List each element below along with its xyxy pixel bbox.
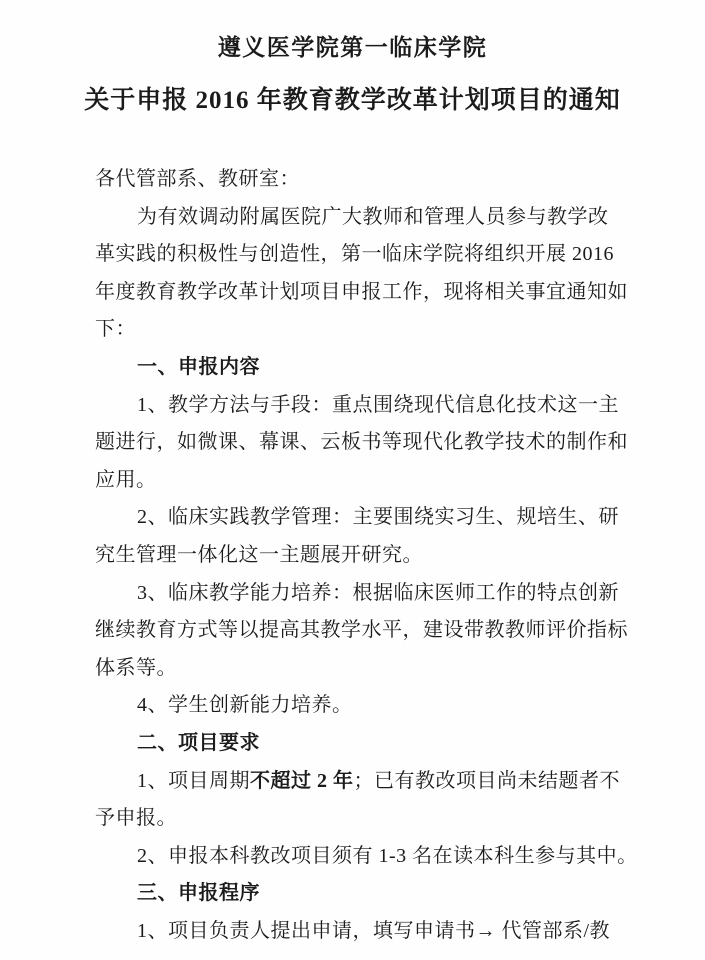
doc-text-segment: 2、申报本科教改项目须有 1-3 名在读本科生参与其中。 [137,845,638,867]
doc-text-segment: 1、项目周期 [137,770,250,792]
doc-line: 体系等。 [95,650,610,688]
doc-text-segment: 4、学生创新能力培养。 [137,694,353,716]
doc-text-segment: 体系等。 [95,657,177,679]
doc-text-segment: 各代管部系、教研室： [95,168,300,190]
doc-line: 究生管理一体化这一主题展开研究。 [95,537,610,575]
doc-line: 各代管部系、教研室： [95,161,610,199]
doc-text-segment: 予申报。 [95,807,177,829]
doc-line: 题进行，如微课、幕课、云板书等现代化教学技术的制作和 [95,424,610,462]
doc-text-segment: 继续教育方式等以提高其教学水平，建设带教教师评价指标 [95,619,628,641]
doc-text-segment: 不超过 2 年 [250,770,354,792]
doc-line: 1、教学方法与手段：重点围绕现代信息化技术这一主 [95,387,610,425]
doc-text-segment: 代管部系/教 [496,920,610,942]
doc-line: 三、申报程序 [95,875,610,913]
doc-line: 下： [95,311,610,349]
doc-line: 一、申报内容 [95,349,610,387]
doc-text-segment: 2、临床实践教学管理：主要围绕实习生、规培生、研 [137,506,619,528]
doc-text-segment: 二、项目要求 [137,732,260,754]
doc-text-segment: 三、申报程序 [137,882,260,904]
doc-line: 予申报。 [95,800,610,838]
doc-line: 3、临床教学能力培养：根据临床医师工作的特点创新 [95,575,610,613]
doc-text-segment: 下： [95,318,136,340]
doc-text-segment: 3、临床教学能力培养：根据临床医师工作的特点创新 [137,582,619,604]
doc-body: 各代管部系、教研室：为有效调动附属医院广大教师和管理人员参与教学改革实践的积极性… [95,161,610,950]
doc-line: 为有效调动附属医院广大教师和管理人员参与教学改 [95,199,610,237]
arrow-glyph: → [476,920,497,942]
doc-line: 2、申报本科教改项目须有 1-3 名在读本科生参与其中。 [95,838,610,876]
doc-text-segment: 应用。 [95,469,157,491]
doc-text-segment: 究生管理一体化这一主题展开研究。 [95,544,423,566]
doc-line: 1、项目负责人提出申请，填写申请书→ 代管部系/教 [95,913,610,951]
doc-line: 革实践的积极性与创造性，第一临床学院将组织开展 2016 [95,236,610,274]
doc-line: 年度教育教学改革计划项目申报工作，现将相关事宜通知如 [95,274,610,312]
doc-title-line2: 关于申报 2016 年教育教学改革计划项目的通知 [0,86,705,116]
doc-line: 继续教育方式等以提高其教学水平，建设带教教师评价指标 [95,612,610,650]
doc-title-line1: 遵义医学院第一临床学院 [0,34,705,62]
doc-text-segment: 1、教学方法与手段：重点围绕现代信息化技术这一主 [137,394,619,416]
doc-line: 二、项目要求 [95,725,610,763]
doc-text-segment: 年度教育教学改革计划项目申报工作，现将相关事宜通知如 [95,281,628,303]
doc-line: 1、项目周期不超过 2 年；已有教改项目尚未结题者不 [95,763,610,801]
doc-text-segment: 为有效调动附属医院广大教师和管理人员参与教学改 [137,206,609,228]
doc-line: 2、临床实践教学管理：主要围绕实习生、规培生、研 [95,499,610,537]
doc-line: 4、学生创新能力培养。 [95,687,610,725]
doc-text-segment: 革实践的积极性与创造性，第一临床学院将组织开展 2016 [95,243,614,265]
document-page: 遵义医学院第一临床学院 关于申报 2016 年教育教学改革计划项目的通知 各代管… [0,0,705,960]
doc-text-segment: ；已有教改项目尚未结题者不 [354,770,621,792]
doc-text-segment: 1、项目负责人提出申请，填写申请书 [137,920,476,942]
doc-line: 应用。 [95,462,610,500]
doc-text-segment: 题进行，如微课、幕课、云板书等现代化教学技术的制作和 [95,431,628,453]
doc-text-segment: 一、申报内容 [137,356,260,378]
